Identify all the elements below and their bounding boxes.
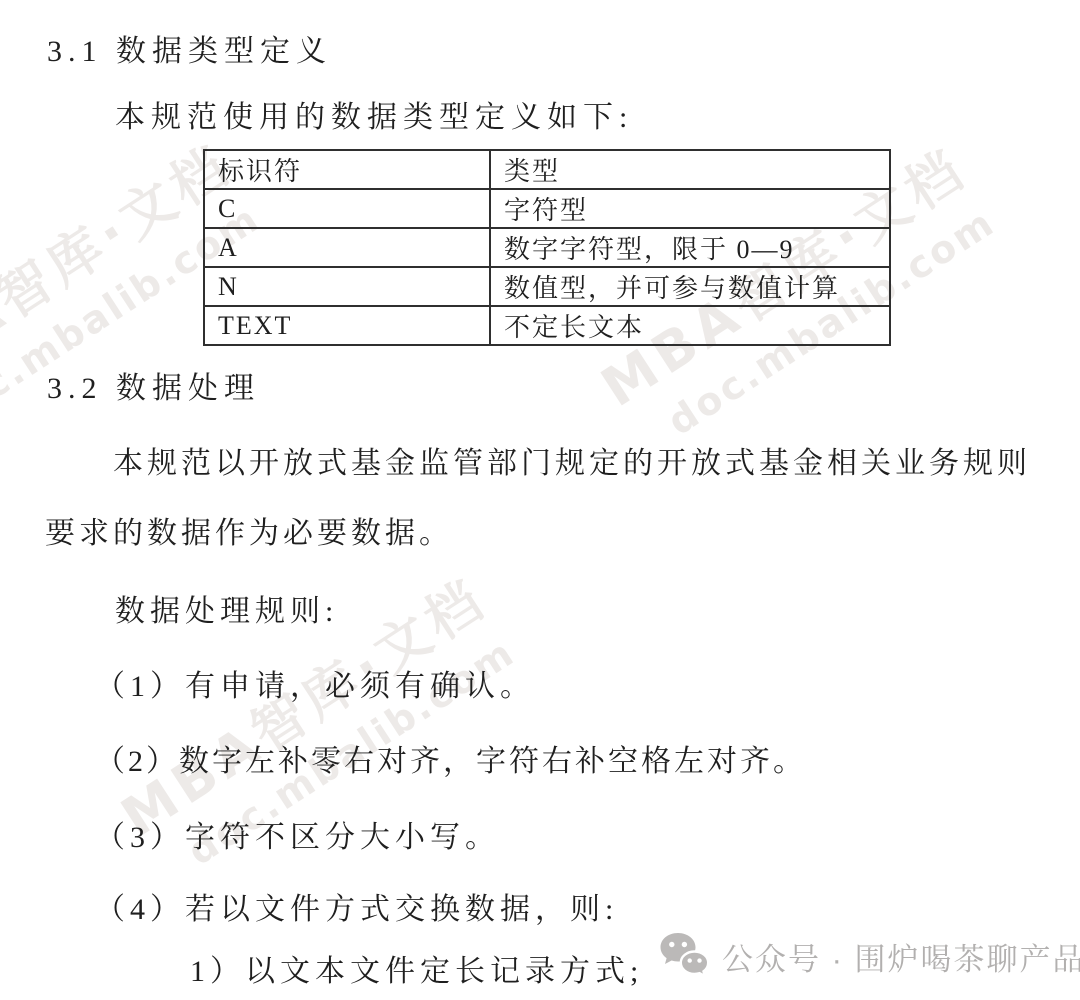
section-3-1-heading: 3.1 数据类型定义 <box>47 26 332 70</box>
table-row: C 字符型 <box>204 189 890 228</box>
table-header-type: 类型 <box>490 150 890 189</box>
table-header-identifier: 标识符 <box>204 150 490 189</box>
document-page: MBA智库·文档 doc.mbalib.com MBA智库·文档 doc.mba… <box>0 0 1080 1000</box>
wechat-account-badge: 公众号 · 围炉喝茶聊产品 <box>650 924 1080 988</box>
table-row: N 数值型，并可参与数值计算 <box>204 267 890 306</box>
paragraph-line-1: 本规范以开放式基金监管部门规定的开放式基金相关业务规则 <box>113 438 1031 482</box>
sub-rule-item-1: 1）以文本文件定长记录方式; <box>190 946 643 990</box>
table-cell-identifier: N <box>204 267 490 306</box>
table-header-row: 标识符 类型 <box>204 150 890 189</box>
paragraph-line-2: 要求的数据作为必要数据。 <box>45 508 453 552</box>
wechat-icon <box>658 930 710 982</box>
rule-item-3: （3）字符不区分大小写。 <box>95 812 500 856</box>
rule-item-2: （2）数字左补零右对齐，字符右补空格左对齐。 <box>95 736 806 780</box>
badge-label: 公众号 · 围炉喝茶聊产品 <box>722 934 1080 979</box>
section-3-2-heading: 3.2 数据处理 <box>47 363 260 407</box>
table-row: A 数字字符型，限于 0—9 <box>204 228 890 267</box>
table-cell-identifier: A <box>204 228 490 267</box>
data-type-table: 标识符 类型 C 字符型 A 数字字符型，限于 0—9 N 数值型，并可参与数值… <box>203 149 891 346</box>
rule-item-1: （1）有申请，必须有确认。 <box>95 661 535 705</box>
table-cell-type: 不定长文本 <box>490 306 890 345</box>
table-cell-identifier: TEXT <box>204 306 490 345</box>
table-cell-type: 字符型 <box>490 189 890 228</box>
rules-label: 数据处理规则: <box>115 586 338 630</box>
table-cell-type: 数字字符型，限于 0—9 <box>490 228 890 267</box>
table-row: TEXT 不定长文本 <box>204 306 890 345</box>
section-3-1-intro: 本规范使用的数据类型定义如下: <box>115 92 633 136</box>
table-cell-type: 数值型，并可参与数值计算 <box>490 267 890 306</box>
table-cell-identifier: C <box>204 189 490 228</box>
rule-item-4: （4）若以文件方式交换数据，则: <box>95 884 618 928</box>
